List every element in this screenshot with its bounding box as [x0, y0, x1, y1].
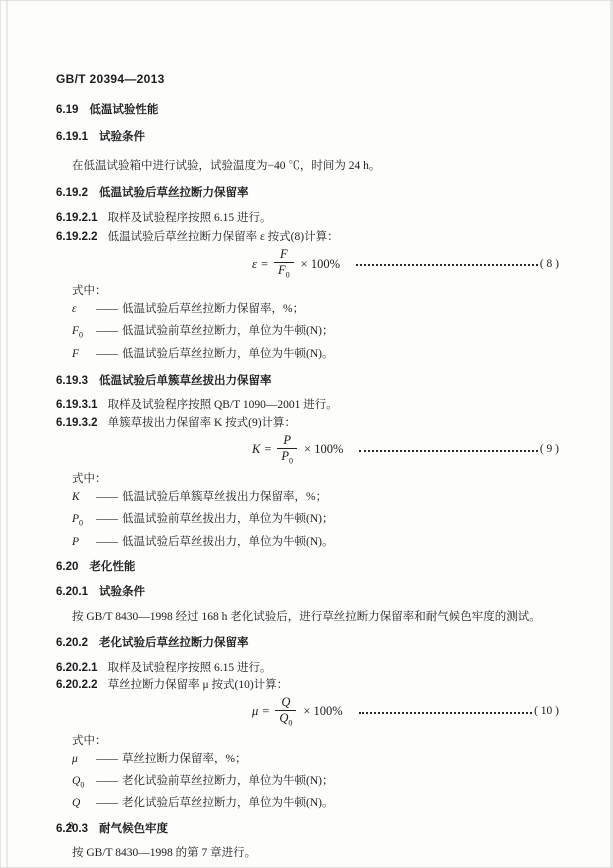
clause-6-19-3-1: 6.19.3.1取样及试验程序按照 QB/T 1090—2001 进行。 [56, 398, 559, 413]
section-number: 6.20 [56, 561, 78, 573]
symbol: P [72, 536, 79, 548]
definition-text: 老化试验后草丝拉断力，单位为牛顿(N)。 [122, 794, 333, 816]
section-title: 低温试验后单簇草丝拔出力保留率 [99, 375, 272, 387]
definition-dash: —— [96, 750, 117, 772]
section-number: 6.19.3 [56, 375, 88, 387]
fraction: F F0 [274, 248, 294, 280]
section-heading-6-19-3: 6.19.3低温试验后单簇草丝拔出力保留率 [56, 374, 559, 389]
clause-6-19-2-1: 6.19.2.1取样及试验程序按照 6.15 进行。 [56, 211, 559, 226]
formula-9-row: K = P P0 × 100% ( 9 ) [56, 431, 559, 469]
symbol-subscript: 0 [79, 519, 83, 528]
definition-text: 低温试验后草丝拉断力保留率，%； [122, 300, 304, 322]
definition-symbol: Q0 [72, 772, 96, 794]
definition-text: 老化试验前草丝拉断力，单位为牛顿(N)； [122, 772, 333, 794]
fraction-denominator: Q0 [275, 710, 296, 728]
section-number: 6.20.1 [56, 586, 88, 598]
section-title: 老化试验后草丝拉断力保留率 [99, 637, 249, 649]
definition-dash: —— [96, 533, 117, 555]
definition-row: P0 —— 低温试验前草丝拔出力，单位为牛顿(N)； [72, 510, 559, 532]
clause-number: 6.19.2.1 [56, 211, 98, 226]
section-heading-6-19-2: 6.19.2低温试验后草丝拉断力保留率 [56, 186, 559, 201]
definition-symbol: F0 [72, 322, 96, 344]
equation-number-8: ( 8 ) [540, 257, 559, 272]
section-title: 耐气候色牢度 [99, 823, 168, 835]
symbol-subscript: 0 [79, 331, 83, 340]
fraction-denominator: P0 [277, 448, 297, 466]
clause-number: 6.19.2.2 [56, 230, 98, 245]
symbol: Q [72, 797, 80, 809]
definition-row: P —— 低温试验后草丝拔出力，单位为牛顿(N)。 [72, 533, 559, 555]
fraction-numerator: P [279, 434, 295, 448]
definition-row: K —— 低温试验后单簇草丝拔出力保留率，%； [72, 488, 559, 510]
symbol-subscript: 0 [80, 780, 84, 789]
definitions-formula-9: K —— 低温试验后单簇草丝拔出力保留率，%； P0 —— 低温试验前草丝拔出力… [56, 488, 559, 555]
section-heading-6-19-1: 6.19.1试验条件 [56, 130, 559, 145]
definition-symbol: P [72, 533, 96, 555]
clause-text: 草丝拉断力保留率 μ 按式(10)计算： [108, 678, 289, 693]
clause-6-20-2-1: 6.20.2.1取样及试验程序按照 6.15 进行。 [56, 661, 559, 676]
equals-sign: = [262, 704, 269, 719]
definitions-formula-10: μ —— 草丝拉断力保留率，%； Q0 —— 老化试验前草丝拉断力，单位为牛顿(… [56, 750, 559, 817]
section-title: 低温试验性能 [89, 104, 158, 116]
fraction: P P0 [277, 434, 297, 466]
definition-text: 草丝拉断力保留率，%； [122, 750, 247, 772]
definition-symbol: P0 [72, 510, 96, 532]
formula-10: μ = Q Q0 × 100% [252, 696, 343, 728]
fraction-numerator: Q [277, 696, 294, 710]
symbol: F [72, 325, 79, 337]
dotted-leader [356, 264, 538, 266]
formula-8-row: ε = F F0 × 100% ( 8 ) [56, 245, 559, 283]
definition-dash: —— [96, 322, 117, 344]
definition-text: 低温试验后草丝拔出力，单位为牛顿(N)。 [122, 533, 333, 555]
fraction: Q Q0 [275, 696, 296, 728]
section-heading-6-19: 6.19低温试验性能 [56, 103, 559, 118]
dotted-leader [359, 712, 532, 714]
equation-number-10: ( 10 ) [534, 704, 559, 719]
section-heading-6-20-1: 6.20.1试验条件 [56, 585, 559, 600]
definition-dash: —— [96, 772, 117, 794]
denominator-subscript: 0 [286, 271, 290, 280]
definition-symbol: K [72, 488, 96, 510]
definition-text: 低温试验后单簇草丝拔出力保留率，%； [122, 488, 327, 510]
standard-code: GB/T 20394—2013 [56, 72, 559, 87]
definition-row: ε —— 低温试验后草丝拉断力保留率，%； [72, 300, 559, 322]
clause-number: 6.20.2.2 [56, 678, 98, 693]
symbol: K [72, 491, 80, 503]
formula-9: K = P P0 × 100% [252, 434, 343, 466]
definition-text: 低温试验前草丝拔出力，单位为牛顿(N)； [122, 510, 333, 532]
definition-row: μ —— 草丝拉断力保留率，%； [72, 750, 559, 772]
paragraph-6-19-1: 在低温试验箱中进行试验，试验温度为−40 ℃，时间为 24 h。 [56, 159, 559, 174]
section-title: 低温试验后草丝拉断力保留率 [99, 187, 249, 199]
times-100-percent: × 100% [301, 257, 340, 272]
definition-dash: —— [96, 488, 117, 510]
section-number: 6.19.1 [56, 131, 88, 143]
where-label: 式中： [56, 734, 559, 749]
definition-dash: —— [96, 510, 117, 532]
definition-row: Q0 —— 老化试验前草丝拉断力，单位为牛顿(N)； [72, 772, 559, 794]
scan-edge-right [610, 0, 612, 868]
denominator-subscript: 0 [289, 457, 293, 466]
clause-6-19-2-2: 6.19.2.2低温试验后草丝拉断力保留率 ε 按式(8)计算： [56, 230, 559, 245]
dotted-leader [359, 450, 537, 452]
fraction-denominator: F0 [274, 262, 294, 280]
denominator-subscript: 0 [288, 718, 292, 727]
section-title: 试验条件 [99, 586, 145, 598]
denominator-symbol: P [281, 449, 289, 463]
formula-lhs: K [252, 442, 260, 457]
section-title: 老化性能 [89, 561, 135, 573]
clause-text: 单簇草拔出力保留率 K 按式(9)计算： [108, 416, 296, 431]
where-label: 式中： [56, 284, 559, 299]
symbol: P [72, 513, 79, 525]
definition-symbol: ε [72, 300, 96, 322]
symbol: ε [72, 303, 77, 315]
page-number: 8 [68, 820, 74, 832]
definition-row: F0 —— 低温试验前草丝拉断力，单位为牛顿(N)； [72, 322, 559, 344]
equation-number-9: ( 9 ) [540, 442, 559, 457]
formula-10-row: μ = Q Q0 × 100% ( 10 ) [56, 693, 559, 731]
section-number: 6.19 [56, 104, 78, 116]
definition-symbol: F [72, 345, 96, 367]
page-content: GB/T 20394—2013 6.19低温试验性能 6.19.1试验条件 在低… [56, 0, 559, 861]
times-100-percent: × 100% [304, 442, 343, 457]
definition-dash: —— [96, 345, 117, 367]
paragraph-6-20-1: 按 GB/T 8430—1998 经过 168 h 老化试验后，进行草丝拉断力保… [56, 610, 559, 625]
section-number: 6.20.2 [56, 637, 88, 649]
paragraph-6-20-3: 按 GB/T 8430—1998 的第 7 章进行。 [56, 846, 559, 861]
clause-6-20-2-2: 6.20.2.2草丝拉断力保留率 μ 按式(10)计算： [56, 678, 559, 693]
clause-number: 6.19.3.2 [56, 416, 98, 431]
definition-dash: —— [96, 794, 117, 816]
document-page: GB/T 20394—2013 6.19低温试验性能 6.19.1试验条件 在低… [0, 0, 613, 868]
where-label: 式中： [56, 472, 559, 487]
formula-8: ε = F F0 × 100% [252, 248, 340, 280]
clause-text: 取样及试验程序按照 QB/T 1090—2001 进行。 [108, 398, 338, 413]
definition-text: 低温试验前草丝拉断力，单位为牛顿(N)； [122, 322, 333, 344]
section-heading-6-20-2: 6.20.2老化试验后草丝拉断力保留率 [56, 636, 559, 651]
section-heading-6-20-3: 6.20.3耐气候色牢度 [56, 822, 559, 837]
clause-text: 低温试验后草丝拉断力保留率 ε 按式(8)计算： [108, 230, 339, 245]
definition-row: F —— 低温试验后草丝拉断力，单位为牛顿(N)。 [72, 345, 559, 367]
symbol: μ [72, 753, 78, 765]
definition-dash: —— [96, 300, 117, 322]
definitions-formula-8: ε —— 低温试验后草丝拉断力保留率，%； F0 —— 低温试验前草丝拉断力，单… [56, 300, 559, 367]
definition-symbol: Q [72, 794, 96, 816]
definition-symbol: μ [72, 750, 96, 772]
symbol: F [72, 348, 79, 360]
fraction-numerator: F [276, 248, 292, 262]
definition-row: Q —— 老化试验后草丝拉断力，单位为牛顿(N)。 [72, 794, 559, 816]
definition-text: 低温试验后草丝拉断力，单位为牛顿(N)。 [122, 345, 333, 367]
denominator-symbol: F [278, 263, 286, 277]
equals-sign: = [261, 257, 268, 272]
equals-sign: = [264, 442, 271, 457]
section-title: 试验条件 [99, 131, 145, 143]
clause-number: 6.19.3.1 [56, 398, 98, 413]
section-number: 6.19.2 [56, 187, 88, 199]
formula-lhs: ε [252, 257, 257, 272]
clause-text: 取样及试验程序按照 6.15 进行。 [108, 211, 272, 226]
section-heading-6-20: 6.20老化性能 [56, 560, 559, 575]
times-100-percent: × 100% [303, 704, 342, 719]
formula-lhs: μ [252, 704, 258, 719]
scan-edge-left [6, 0, 8, 868]
clause-6-19-3-2: 6.19.3.2单簇草拔出力保留率 K 按式(9)计算： [56, 416, 559, 431]
clause-number: 6.20.2.1 [56, 661, 98, 676]
clause-text: 取样及试验程序按照 6.15 进行。 [108, 661, 272, 676]
